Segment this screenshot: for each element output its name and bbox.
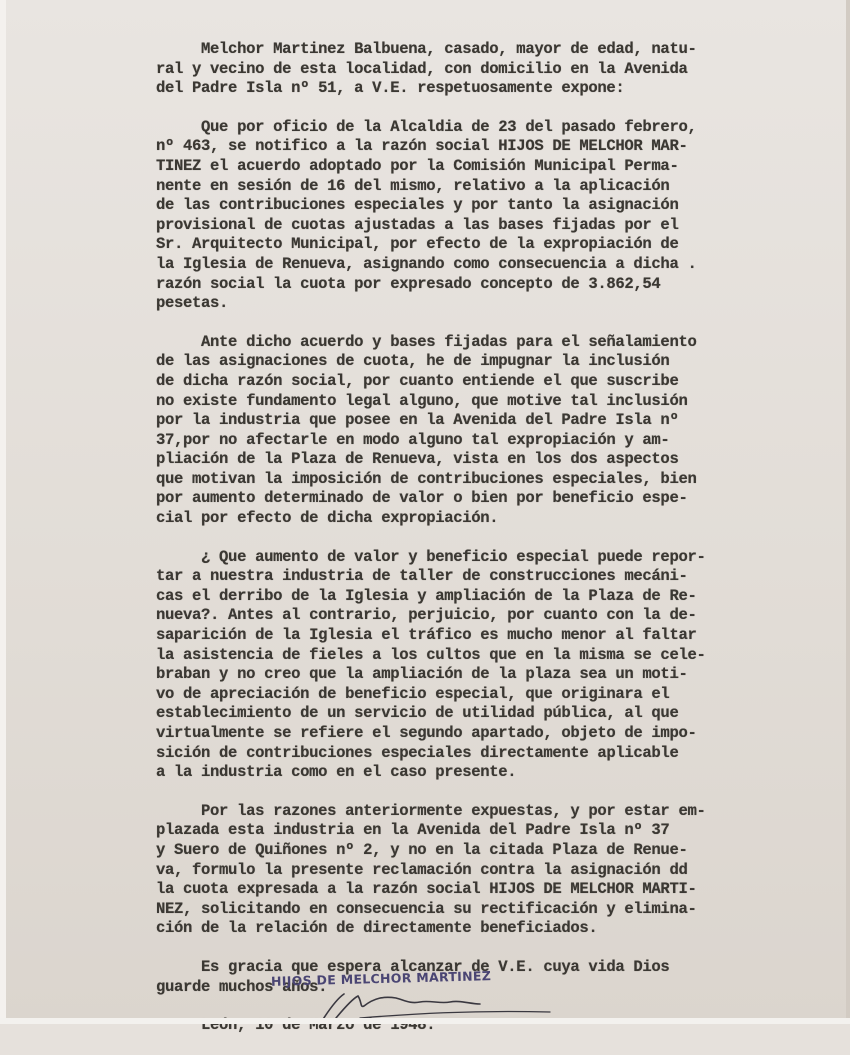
text-line: establecimiento de un servicio de utilid… (156, 704, 846, 724)
paragraph-claim: Por las razones anteriormente expuestas,… (156, 802, 846, 939)
text-line: que motivan la imposición de contribucio… (156, 470, 846, 490)
text-line: tar a nuestra industria de taller de con… (156, 567, 846, 587)
text-line: 37,por no afectarle en modo alguno tal e… (156, 431, 846, 451)
paragraph-question: ¿ Que aumento de valor y beneficio espec… (156, 548, 846, 783)
text-line: y Suero de Quiñones nº 2, y no en la cit… (156, 841, 846, 861)
text-line: sición de contribuciones especiales dire… (156, 744, 846, 764)
text-line: la cuota expresada a la razón social HIJ… (156, 880, 846, 900)
text-line: saparición de la Iglesia el tráfico es m… (156, 626, 846, 646)
text-line: TINEZ el acuerdo adoptado por la Comisió… (156, 157, 846, 177)
text-line: Melchor Martinez Balbuena, casado, mayor… (156, 40, 846, 60)
text-line: Ante dicho acuerdo y bases fijadas para … (156, 333, 846, 353)
paragraph-intro: Melchor Martinez Balbuena, casado, mayor… (156, 40, 846, 99)
text-line: Sr. Arquitecto Municipal, por efecto de … (156, 235, 846, 255)
text-line: plazada esta industria en la Avenida del… (156, 821, 846, 841)
text-line: braban y no creo que la ampliación de la… (156, 665, 846, 685)
text-line: NEZ, solicitando en consecuencia su rect… (156, 900, 846, 920)
text-line: de las contribuciones especiales y por t… (156, 196, 846, 216)
paragraph-facts: Que por oficio de la Alcaldia de 23 del … (156, 118, 846, 314)
text-line: ral y vecino de esta localidad, con domi… (156, 60, 846, 80)
text-line: de dicha razón social, por cuanto entien… (156, 372, 846, 392)
text-line: nº 463, se notifico a la razón social HI… (156, 137, 846, 157)
text-line: cial por efecto de dicha expropiación. (156, 509, 846, 529)
text-line: va, formulo la presente reclamación cont… (156, 861, 846, 881)
text-line: la Iglesia de Renueva, asignando como co… (156, 255, 846, 275)
text-line: cas el derribo de la Iglesia y ampliació… (156, 587, 846, 607)
text-line: del Padre Isla nº 51, a V.E. respetuosam… (156, 79, 846, 99)
paragraph-objection: Ante dicho acuerdo y bases fijadas para … (156, 333, 846, 529)
scanned-letter-page: Melchor Martinez Balbuena, casado, mayor… (0, 0, 850, 1024)
scan-edge (0, 1018, 850, 1024)
text-line: ¿ Que aumento de valor y beneficio espec… (156, 548, 846, 568)
text-line: provisional de cuotas ajustadas a las ba… (156, 216, 846, 236)
text-line: Por las razones anteriormente expuestas,… (156, 802, 846, 822)
text-line: por aumento determinado de valor o bien … (156, 489, 846, 509)
text-line: razón social la cuota por expresado conc… (156, 275, 846, 295)
text-line: ción de la relación de directamente bene… (156, 919, 846, 939)
text-line: pliación de la Plaza de Renueva, vista e… (156, 450, 846, 470)
text-line: vo de apreciación de beneficio especial,… (156, 685, 846, 705)
text-line: nente en sesión de 16 del mismo, relativ… (156, 177, 846, 197)
text-line: Que por oficio de la Alcaldia de 23 del … (156, 118, 846, 138)
text-line: Es gracia que espera alcanzar de V.E. cu… (156, 958, 846, 978)
text-line: por la industria que posee en la Avenida… (156, 411, 846, 431)
text-line: pesetas. (156, 294, 846, 314)
text-line: nueva?. Antes al contrario, perjuicio, p… (156, 606, 846, 626)
letter-body: Melchor Martinez Balbuena, casado, mayor… (156, 40, 846, 1024)
text-line: la asistencia de fieles a los cultos que… (156, 646, 846, 666)
text-line: de las asignaciones de cuota, he de impu… (156, 352, 846, 372)
text-line: no existe fundamento legal alguno, que m… (156, 392, 846, 412)
text-line: a la industria como en el caso presente. (156, 763, 846, 783)
text-line: virtualmente se refiere el segundo apart… (156, 724, 846, 744)
